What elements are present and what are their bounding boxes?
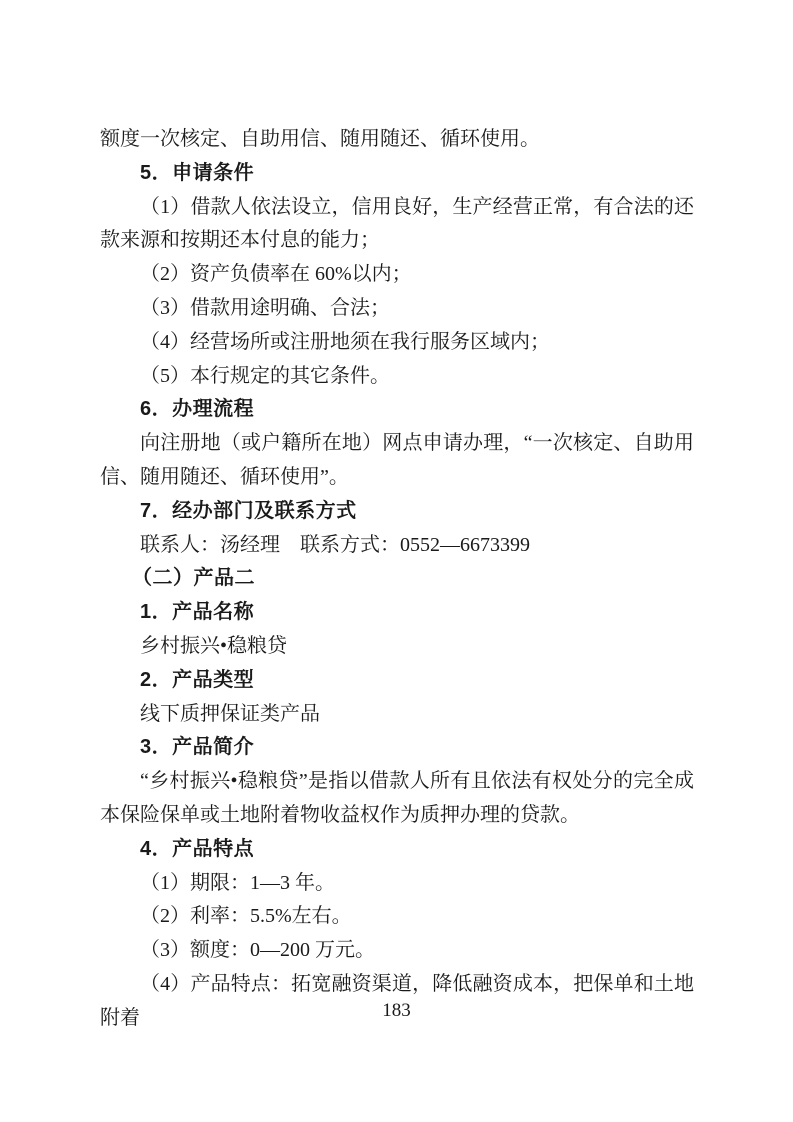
section-heading: 3．产品简介 xyxy=(100,731,694,765)
paragraph: 乡村振兴•稳粮贷 xyxy=(100,630,694,664)
paragraph: 联系人：汤经理 联系方式：0552—6673399 xyxy=(100,529,694,563)
section-heading: 2．产品类型 xyxy=(100,664,694,698)
document-page: 额度一次核定、自助用信、随用随还、循环使用。5．申请条件（1）借款人依法设立，信… xyxy=(0,0,793,1122)
paragraph: （2）利率：5.5%左右。 xyxy=(100,900,694,934)
paragraph-continuation: 额度一次核定、自助用信、随用随还、循环使用。 xyxy=(100,123,694,157)
paragraph: （3）借款用途明确、合法； xyxy=(100,292,694,326)
section-heading: 5．申请条件 xyxy=(100,157,694,191)
section-heading: 4．产品特点 xyxy=(100,833,694,867)
paragraph: （4）经营场所或注册地须在我行服务区域内； xyxy=(100,326,694,360)
paragraph: 向注册地（或户籍所在地）网点申请办理，“一次核定、自助用信、随用随还、循环使用”… xyxy=(100,427,694,495)
paragraph: （3）额度：0—200 万元。 xyxy=(100,934,694,968)
subsection-title: （二）产品二 xyxy=(100,562,694,596)
paragraph: （1）期限：1—3 年。 xyxy=(100,867,694,901)
section-heading: 6．办理流程 xyxy=(100,393,694,427)
page-number: 183 xyxy=(0,1000,793,1022)
paragraph: （2）资产负债率在 60%以内； xyxy=(100,258,694,292)
paragraph: （5）本行规定的其它条件。 xyxy=(100,360,694,394)
section-heading: 7．经办部门及联系方式 xyxy=(100,495,694,529)
paragraph: 线下质押保证类产品 xyxy=(100,698,694,732)
paragraph: （1）借款人依法设立，信用良好，生产经营正常，有合法的还款来源和按期还本付息的能… xyxy=(100,191,694,259)
section-heading: 1．产品名称 xyxy=(100,596,694,630)
document-content: 额度一次核定、自助用信、随用随还、循环使用。5．申请条件（1）借款人依法设立，信… xyxy=(100,123,694,1036)
paragraph: “乡村振兴•稳粮贷”是指以借款人所有且依法有权处分的完全成本保险保单或土地附着物… xyxy=(100,765,694,833)
